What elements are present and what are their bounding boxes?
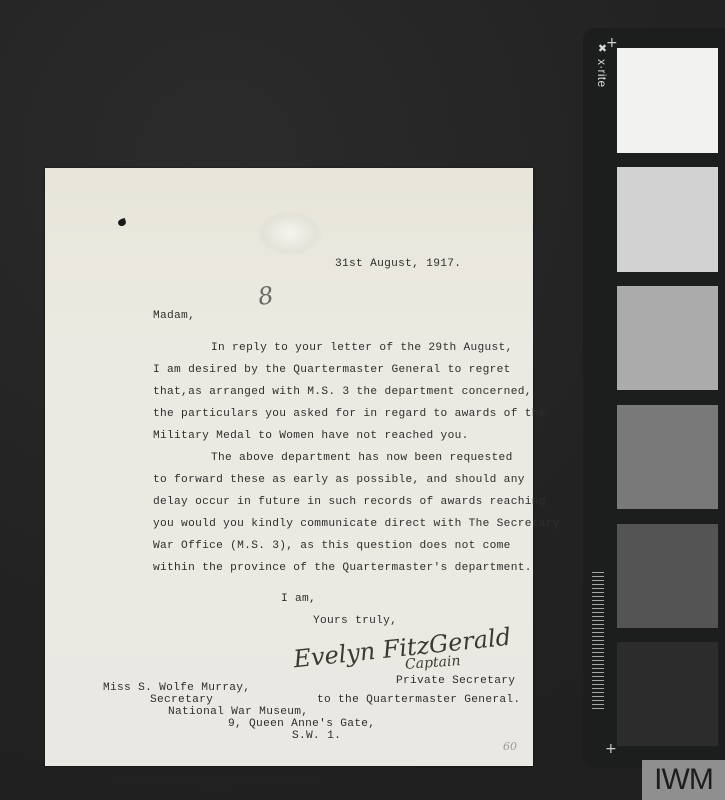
recipient-name: Miss S. Wolfe Murray, [103,683,250,694]
recipient-org: National War Museum, [168,707,308,718]
punch-hole-mark [117,218,127,227]
signer-title: Private Secretary [396,676,515,687]
recipient-street: 9, Queen Anne's Gate, [228,719,375,730]
embossed-crest-icon [258,211,322,255]
body-line: delay occur in future in such records of… [153,497,546,508]
recipient-district: S.W. 1. [292,731,341,742]
body-line: I am desired by the Quartermaster Genera… [153,365,511,376]
body-line: the particulars you asked for in regard … [153,409,546,420]
closing-yours-truly: Yours truly, [313,616,397,627]
xrite-brand-text: x·rite [595,59,609,87]
body-line: The above department has now been reques… [211,453,513,464]
gray-swatch-5 [617,524,718,628]
closing-i-am: I am, [281,594,316,605]
scale-ruler [592,572,604,710]
signer-title-line-2: to the Quartermaster General. [317,695,520,706]
registration-cross-icon: + [605,742,617,756]
registration-cross-icon: + [606,36,618,50]
body-line: that,as arranged with M.S. 3 the departm… [153,387,532,398]
body-line: within the province of the Quartermaster… [153,563,532,574]
body-line: you would you kindly communicate direct … [153,519,560,530]
gray-swatch-1 [617,48,718,153]
gray-swatch-6 [617,642,718,746]
body-line: to forward these as early as possible, a… [153,475,525,486]
iwm-watermark: IWM [642,760,725,800]
letter-date: 31st August, 1917. [335,259,461,270]
body-line: War Office (M.S. 3), as this question do… [153,541,511,552]
pencil-page-number: 60 [503,740,517,753]
salutation: Madam, [153,311,195,322]
body-line: In reply to your letter of the 29th Augu… [211,343,513,354]
gray-swatch-4 [617,405,718,509]
gray-swatch-3 [617,286,718,390]
body-line: Military Medal to Women have not reached… [153,431,469,442]
recipient-role: Secretary [150,695,213,706]
gray-swatch-2 [617,167,718,272]
